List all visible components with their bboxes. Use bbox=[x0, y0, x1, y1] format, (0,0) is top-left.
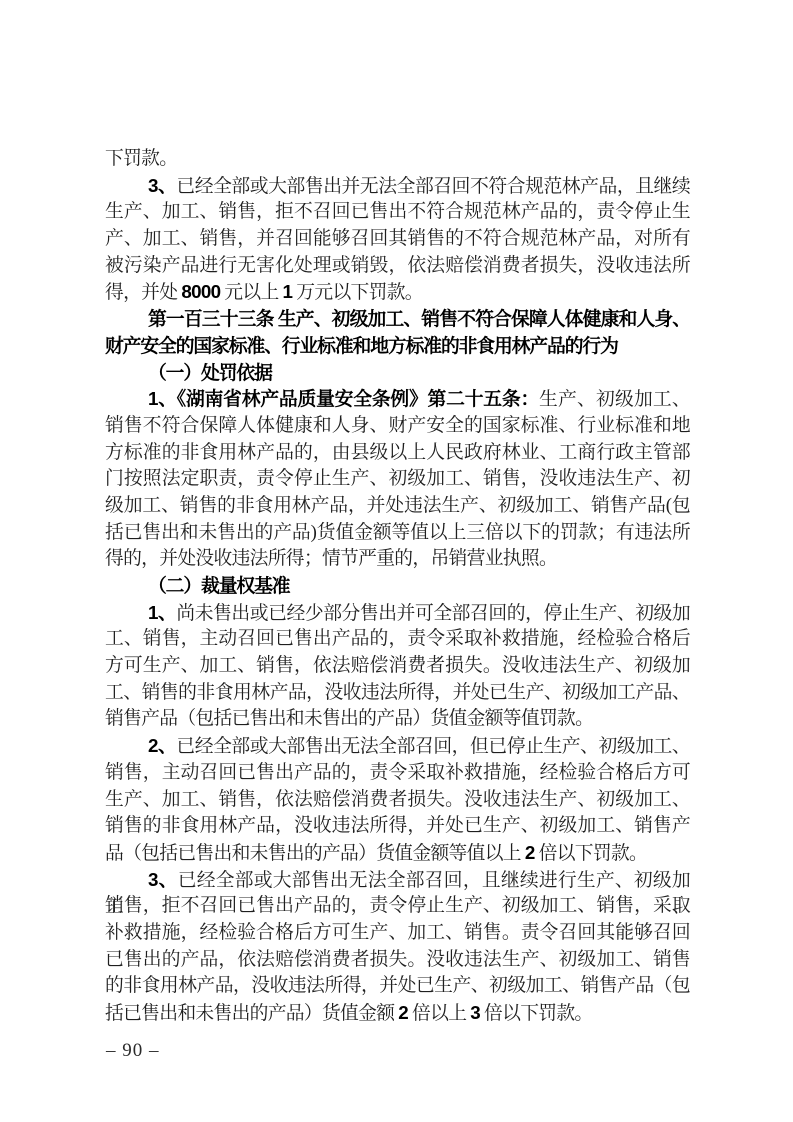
text-segment: 尚未售出或已经少部分售出并可全部召回的，停止生产、初级加 bbox=[176, 603, 690, 624]
text-line: 得，并处 8000 元以上 1 万元以下罚款。 bbox=[105, 279, 690, 306]
text-line: 销售，主动召回已售出产品的，责令采取补救措施，经检验合格后方可 bbox=[105, 760, 690, 787]
text-block: 下罚款。3、已经全部或大部售出并无法全部召回不符合规范林产品，且继续生产、加工、… bbox=[105, 146, 690, 1027]
text-segment: 2 bbox=[525, 842, 535, 863]
heading-line: （二）裁量权基准 bbox=[105, 573, 690, 600]
text-line: 工、销售的非食用林产品，没收违法所得，并处已生产、初级加工产品、 bbox=[105, 680, 690, 707]
text-line: 生产、加工、销售，拒不召回已售出不符合规范林产品的，责令停止生 bbox=[105, 199, 690, 226]
text-line: 销售产品（包括已售出和未售出的产品）货值金额等值罚款。 bbox=[105, 706, 690, 733]
text-line: 下罚款。 bbox=[105, 146, 690, 173]
text-line: 括已售出和未售出的产品）货值金额 2 倍以上 3 倍以下罚款。 bbox=[105, 1000, 690, 1027]
text-segment: 2、 bbox=[148, 735, 176, 756]
heading-line: 第一百三十三条 生产、初级加工、销售不符合保障人体健康和人身、 bbox=[105, 306, 690, 333]
document-page: 下罚款。3、已经全部或大部售出并无法全部召回不符合规范林产品，且继续生产、加工、… bbox=[0, 0, 793, 1122]
text-line: 已售出的产品，依法赔偿消费者损失。没收违法生产、初级加工、销售 bbox=[105, 947, 690, 974]
text-segment: 补救措施，经检验合格后方可生产、加工、销售。责令召回其能够召回 bbox=[105, 922, 690, 943]
text-line: 级加工、销售的非食用林产品，并处违法生产、初级加工、销售产品(包 bbox=[105, 493, 690, 520]
text-segment: 被污染产品进行无害化处理或销毁，依法赔偿消费者损失，没收违法所 bbox=[105, 255, 690, 276]
text-segment: 得的，并处没收违法所得；情节严重的，吊销营业执照。 bbox=[105, 548, 557, 569]
text-segment: 倍以上 bbox=[408, 1003, 470, 1024]
text-line: 销售的非食用林产品，没收违法所得，并处已生产、初级加工、销售产 bbox=[105, 813, 690, 840]
text-segment: 工、销售，主动召回已售出产品的，责令采取补救措施，经检验合格后 bbox=[105, 628, 690, 649]
text-segment: 已售出的产品，依法赔偿消费者损失。没收违法生产、初级加工、销售 bbox=[105, 949, 690, 970]
text-segment: 3、 bbox=[148, 869, 178, 890]
text-line: 产、加工、销售，并召回能够召回其销售的不符合规范林产品，对所有 bbox=[105, 226, 690, 253]
text-line: 补救措施，经检验合格后方可生产、加工、销售。责令召回其能够召回 bbox=[105, 920, 690, 947]
text-line: 3、已经全部或大部售出并无法全部召回不符合规范林产品，且继续 bbox=[105, 173, 690, 200]
text-line: 被污染产品进行无害化处理或销毁，依法赔偿消费者损失，没收违法所 bbox=[105, 253, 690, 280]
text-segment: 已经全部或大部售出无法全部召回，但已停止生产、初级加工、 bbox=[176, 736, 690, 757]
text-segment: 括已售出和未售出的产品)货值金额等值以上三倍以下的罚款；有违法所 bbox=[105, 522, 690, 543]
text-line: 的非食用林产品，没收违法所得，并处已生产、初级加工、销售产品（包 bbox=[105, 973, 690, 1000]
text-segment: 销售，主动召回已售出产品的，责令采取补救措施，经检验合格后方可 bbox=[105, 762, 690, 783]
text-segment: 销售，拒不召回已售出产品的，责令停止生产、初级加工、销售，采取 bbox=[105, 895, 690, 916]
text-segment: 方标准的非食用林产品的，由县级以上人民政府林业、工商行政主管部 bbox=[105, 442, 690, 463]
text-line: 得的，并处没收违法所得；情节严重的，吊销营业执照。 bbox=[105, 546, 690, 573]
text-segment: 8000 bbox=[181, 281, 220, 302]
text-segment: 销售产品（包括已售出和未售出的产品）货值金额等值罚款。 bbox=[105, 708, 593, 729]
text-line: 品（包括已售出和未售出的产品）货值金额等值以上 2 倍以下罚款。 bbox=[105, 840, 690, 867]
text-segment: 下罚款。 bbox=[105, 148, 177, 169]
text-line: 生产、加工、销售，依法赔偿消费者损失。没收违法生产、初级加工、 bbox=[105, 787, 690, 814]
text-segment: 第一百三十三条 生产、初级加工、销售不符合保障人体健康和人身、 bbox=[148, 308, 690, 329]
text-line: 销售不符合保障人体健康和人身、财产安全的国家标准、行业标准和地 bbox=[105, 413, 690, 440]
text-segment: 产、加工、销售，并召回能够召回其销售的不符合规范林产品，对所有 bbox=[105, 228, 690, 249]
heading-line: （一）处罚依据 bbox=[105, 360, 690, 387]
text-segment: 1、 bbox=[148, 602, 176, 623]
text-line: 方可生产、加工、销售，依法赔偿消费者损失。没收违法生产、初级加 bbox=[105, 653, 690, 680]
text-line: 1、《湖南省林产品质量安全条例》第二十五条：生产、初级加工、 bbox=[105, 386, 690, 413]
text-line: 1、尚未售出或已经少部分售出并可全部召回的，停止生产、初级加 bbox=[105, 600, 690, 627]
text-line: 2、已经全部或大部售出无法全部召回，但已停止生产、初级加工、 bbox=[105, 733, 690, 760]
text-segment: 得，并处 bbox=[105, 282, 181, 303]
text-line: 工、销售，主动召回已售出产品的，责令采取补救措施，经检验合格后 bbox=[105, 626, 690, 653]
text-segment: 级加工、销售的非食用林产品，并处违法生产、初级加工、销售产品(包 bbox=[105, 495, 690, 516]
text-segment: 2 bbox=[398, 1002, 408, 1023]
text-segment: 1、《湖南省林产品质量安全条例》第二十五条： bbox=[148, 388, 539, 409]
text-segment: 倍以下罚款。 bbox=[480, 1003, 592, 1024]
text-segment: 生产、初级加工、 bbox=[539, 389, 690, 410]
text-segment: 品（包括已售出和未售出的产品）货值金额等值以上 bbox=[105, 843, 525, 864]
text-segment: 万元以下罚款。 bbox=[292, 282, 423, 303]
text-segment: 生产、加工、销售，拒不召回已售出不符合规范林产品的，责令停止生 bbox=[105, 201, 690, 222]
text-segment: 门按照法定职责，责令停止生产、初级加工、销售，没收违法生产、初 bbox=[105, 468, 690, 489]
text-segment: 财产安全的国家标准、行业标准和地方标准的非食用林产品的行为 bbox=[105, 335, 618, 356]
text-segment: （二）裁量权基准 bbox=[148, 575, 289, 596]
text-segment: 销售的非食用林产品，没收违法所得，并处已生产、初级加工、销售产 bbox=[105, 815, 690, 836]
text-segment: 1 bbox=[283, 281, 293, 302]
text-segment: 工、销售的非食用林产品，没收违法所得，并处已生产、初级加工产品、 bbox=[105, 682, 690, 703]
text-line: 销售，拒不召回已售出产品的，责令停止生产、初级加工、销售，采取 bbox=[105, 893, 690, 920]
text-segment: 的非食用林产品，没收违法所得，并处已生产、初级加工、销售产品（包 bbox=[105, 975, 690, 996]
text-line: 括已售出和未售出的产品)货值金额等值以上三倍以下的罚款；有违法所 bbox=[105, 520, 690, 547]
text-segment: 3、 bbox=[148, 175, 176, 196]
heading-line: 财产安全的国家标准、行业标准和地方标准的非食用林产品的行为 bbox=[105, 333, 690, 360]
text-segment: 3 bbox=[470, 1002, 480, 1023]
text-segment: 生产、加工、销售，依法赔偿消费者损失。没收违法生产、初级加工、 bbox=[105, 789, 690, 810]
text-segment: 括已售出和未售出的产品）货值金额 bbox=[105, 1003, 398, 1024]
text-line: 方标准的非食用林产品的，由县级以上人民政府林业、工商行政主管部 bbox=[105, 440, 690, 467]
text-segment: 倍以下罚款。 bbox=[535, 843, 647, 864]
text-segment: （一）处罚依据 bbox=[148, 362, 272, 383]
page-number: – 90 – bbox=[106, 1040, 160, 1062]
text-line: 门按照法定职责，责令停止生产、初级加工、销售，没收违法生产、初 bbox=[105, 466, 690, 493]
text-line: 3、已经全部或大部售出无法全部召回，且继续进行生产、初级加工、 bbox=[105, 867, 690, 894]
text-segment: 销售不符合保障人体健康和人身、财产安全的国家标准、行业标准和地 bbox=[105, 415, 690, 436]
text-segment: 方可生产、加工、销售，依法赔偿消费者损失。没收违法生产、初级加 bbox=[105, 655, 690, 676]
text-segment: 元以上 bbox=[220, 282, 282, 303]
text-segment: 已经全部或大部售出并无法全部召回不符合规范林产品，且继续 bbox=[176, 176, 690, 197]
